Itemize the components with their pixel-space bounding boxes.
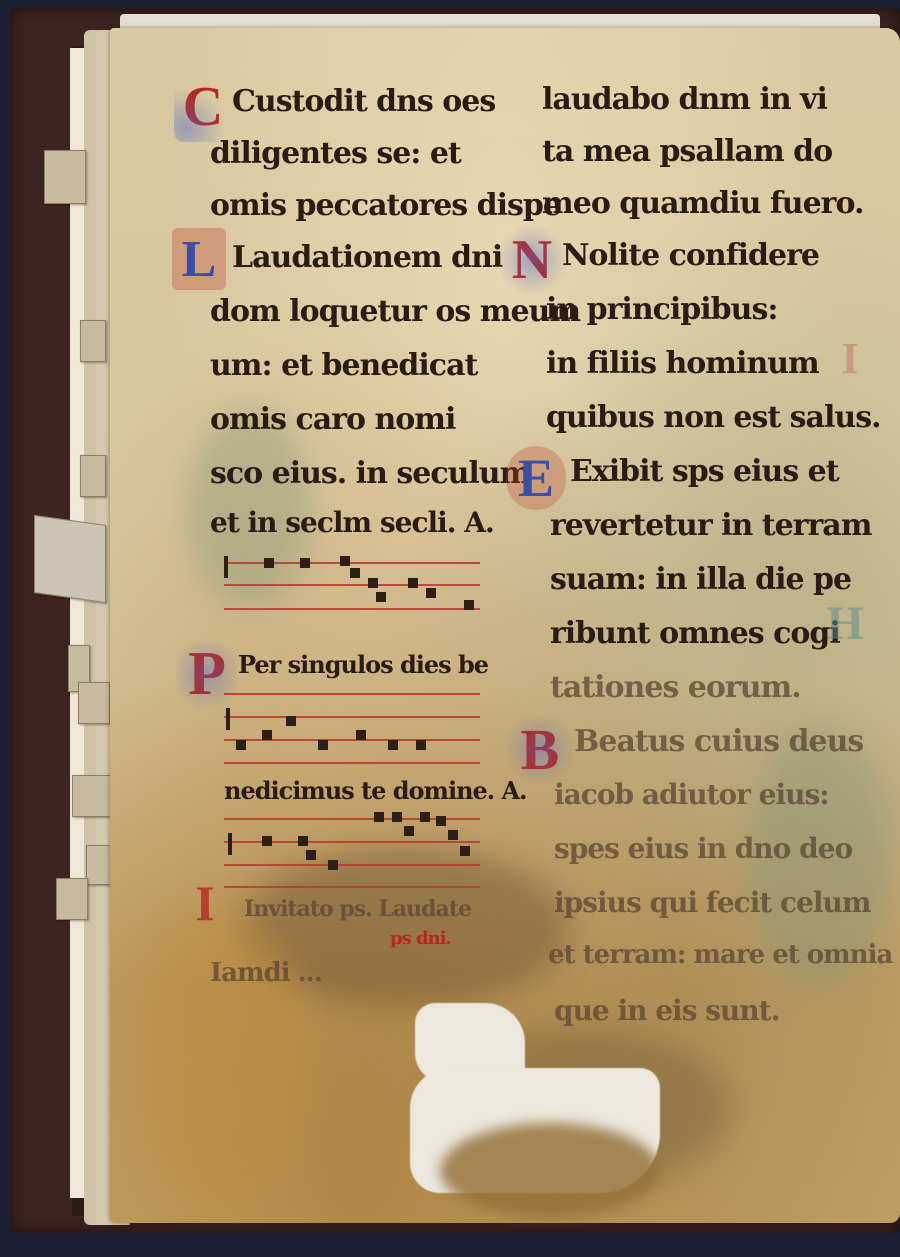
neume — [262, 836, 272, 846]
chant-clef — [226, 708, 230, 730]
text-line: omis peccatores dispe — [210, 188, 561, 223]
text-line: que in eis sunt. — [554, 994, 779, 1027]
manuscript-page: C Custodit dns oes diligentes se: et omi… — [110, 28, 900, 1223]
staff-line — [224, 886, 480, 888]
text-line: Beatus cuius deus — [574, 724, 863, 759]
neume — [374, 812, 384, 822]
staff-line — [224, 693, 480, 695]
neume — [236, 740, 246, 750]
offset-initial-ghost: H — [825, 593, 865, 653]
repair-tab — [72, 775, 114, 817]
neume — [404, 826, 414, 836]
chant-clef — [228, 833, 232, 855]
initial-i: I — [178, 873, 232, 933]
staff-line — [224, 762, 480, 764]
repair-tab — [78, 682, 110, 724]
initial-p: P — [182, 638, 232, 710]
text-line: Laudationem dni — [232, 240, 502, 275]
initial-n: N — [504, 228, 560, 292]
neume — [416, 740, 426, 750]
initial-e: E — [506, 446, 566, 510]
text-line: Nolite confidere — [562, 238, 819, 273]
neume — [262, 730, 272, 740]
text-line: in filiis hominum — [546, 346, 819, 381]
text-line: suam: in illa die pe — [550, 562, 851, 597]
neume — [376, 592, 386, 602]
text-line: omis caro nomi — [210, 402, 455, 437]
neume — [298, 836, 308, 846]
text-line: iacob adiutor eius: — [554, 778, 829, 811]
text-line: meo quamdiu fuero. — [542, 186, 863, 221]
staff-line — [224, 584, 480, 586]
text-line: laudabo dnm in vi — [542, 82, 827, 117]
neume — [328, 860, 338, 870]
initial-b: B — [512, 716, 568, 782]
initial-c: C — [180, 78, 226, 136]
text-line: ta mea psallam do — [542, 134, 832, 169]
rubric-text: ps dni. — [390, 928, 451, 949]
text-line: Invitato ps. Laudate — [244, 896, 471, 922]
offset-initial-ghost: I — [835, 333, 865, 383]
neume — [300, 558, 310, 568]
text-line: quibus non est salus. — [546, 400, 881, 435]
text-line: Iamdi ... — [210, 958, 322, 988]
neume — [420, 812, 430, 822]
neume — [392, 812, 402, 822]
text-line: ipsius qui fecit celum — [554, 886, 871, 919]
text-line: dom loquetur os meum — [210, 294, 580, 329]
repair-tab — [34, 515, 106, 603]
neume — [318, 740, 328, 750]
neume — [388, 740, 398, 750]
neume — [460, 846, 470, 856]
neume — [264, 558, 274, 568]
repair-tab — [80, 320, 106, 362]
neume — [464, 600, 474, 610]
initial-l: L — [172, 228, 226, 290]
text-line: et in seclm secli. A. — [210, 506, 494, 539]
neume — [436, 816, 446, 826]
text-line: Per singulos dies be — [238, 650, 488, 679]
text-line: Custodit dns oes — [232, 84, 495, 119]
neume — [448, 830, 458, 840]
text-line: nedicimus te domine. A. — [224, 776, 526, 805]
neume — [356, 730, 366, 740]
text-line: sco eius. in seculum — [210, 456, 530, 491]
text-line: in principibus: — [546, 292, 777, 327]
text-line: um: et benedicat — [210, 348, 477, 383]
text-line: Exibit sps eius et — [570, 454, 839, 489]
text-line: diligentes se: et — [210, 136, 461, 171]
neume — [408, 578, 418, 588]
neume — [286, 716, 296, 726]
neume — [368, 578, 378, 588]
staff-line — [224, 864, 480, 866]
text-line: spes eius in dno deo — [554, 832, 852, 865]
chant-clef — [224, 556, 228, 578]
staff-line — [224, 608, 480, 610]
staff-line — [224, 562, 480, 564]
damaged-edge — [440, 1123, 660, 1218]
neume — [306, 850, 316, 860]
repair-tab — [44, 150, 86, 204]
repair-tab — [80, 455, 106, 497]
text-line: et terram: mare et omnia — [548, 940, 892, 970]
neume — [426, 588, 436, 598]
discoloration — [130, 908, 310, 1208]
text-line: ribunt omnes cogi — [550, 616, 840, 651]
text-line: revertetur in terram — [550, 508, 871, 543]
neume — [350, 568, 360, 578]
repair-tab — [56, 878, 88, 920]
neume — [340, 556, 350, 566]
text-line: tationes eorum. — [550, 670, 801, 705]
staff-line — [224, 716, 480, 718]
